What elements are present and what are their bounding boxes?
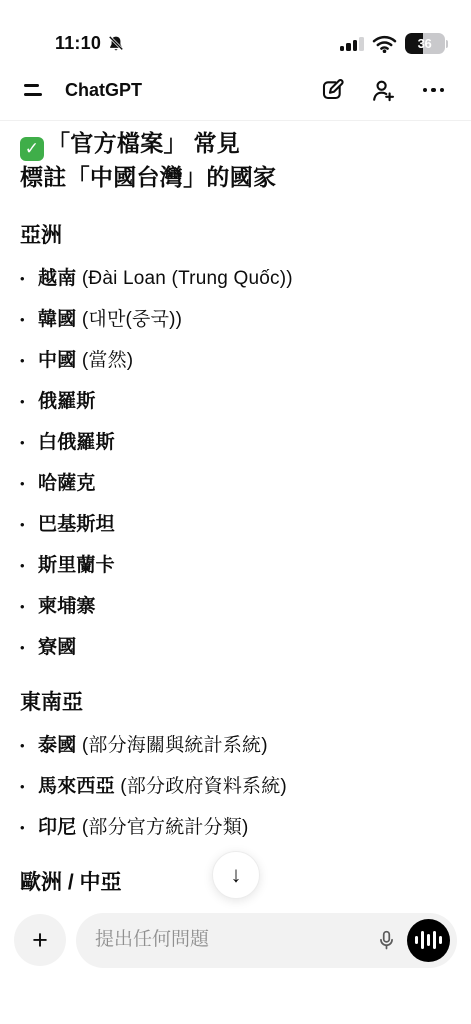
country-note: (Đài Loan (Trung Quốc)): [76, 265, 292, 292]
message-title-line2: 標註「中國台灣」的國家: [20, 164, 276, 190]
list-item: 印尼 (部分官方統計分類): [20, 814, 451, 841]
arrow-down-icon: ↓: [231, 862, 242, 888]
list-item: 柬埔寨: [20, 593, 451, 620]
country-note: (部分政府資料系統): [115, 773, 287, 800]
country-name: 泰國: [38, 732, 76, 759]
list-item: 巴基斯坦: [20, 511, 451, 538]
country-name: 柬埔寨: [38, 593, 96, 620]
clock: 11:10: [55, 33, 101, 54]
status-left: 11:10: [55, 33, 126, 54]
list-item: 哈薩克: [20, 470, 451, 497]
composer-bar: +: [0, 911, 471, 969]
list-item: 中國 (當然): [20, 347, 451, 374]
message-input[interactable]: [95, 929, 369, 951]
country-name: 俄羅斯: [38, 388, 96, 415]
check-mark-emoji-icon: ✓: [20, 137, 44, 161]
message-title: ✓「官方檔案」 常見 標註「中國台灣」的國家: [20, 127, 451, 194]
dictation-mic-icon[interactable]: [369, 923, 403, 957]
country-note: (當然): [76, 347, 133, 374]
message-title-line1: 「官方檔案」 常見: [47, 130, 240, 156]
country-name: 韓國: [38, 306, 76, 333]
new-chat-compose-icon[interactable]: [318, 77, 345, 104]
status-right: 36: [340, 33, 449, 54]
battery-icon: 36: [405, 33, 449, 54]
country-name: 白俄羅斯: [38, 429, 115, 456]
scroll-to-bottom-button[interactable]: ↓: [212, 851, 260, 899]
country-note: (部分官方統計分類): [76, 814, 248, 841]
status-bar: 11:10: [0, 0, 471, 60]
wifi-icon: [372, 35, 397, 53]
country-note: (部分海關與統計系統): [76, 732, 267, 759]
list-item: 韓國 (대만(중국)): [20, 306, 451, 333]
country-name: 巴基斯坦: [38, 511, 115, 538]
list-item: 俄羅斯: [20, 388, 451, 415]
country-name: 越南: [38, 265, 76, 292]
app-title: ChatGPT: [65, 80, 318, 101]
country-name: 寮國: [38, 634, 76, 661]
add-person-icon[interactable]: [369, 77, 396, 104]
battery-percent: 36: [418, 36, 432, 51]
list-item: 泰國 (部分海關與統計系統): [20, 732, 451, 759]
country-list: 泰國 (部分海關與統計系統)馬來西亞 (部分政府資料系統)印尼 (部分官方統計分…: [20, 732, 451, 841]
header-actions: [318, 77, 447, 104]
message-input-pill: [76, 913, 457, 968]
country-name: 印尼: [38, 814, 76, 841]
cellular-signal-icon: [340, 37, 364, 51]
country-name: 馬來西亞: [38, 773, 115, 800]
app-header: ChatGPT: [0, 60, 471, 121]
more-options-icon[interactable]: [420, 77, 447, 104]
country-note: (대만(중국)): [76, 306, 182, 333]
chatgpt-app-screen: 11:10: [0, 0, 471, 1024]
list-item: 馬來西亞 (部分政府資料系統): [20, 773, 451, 800]
country-name: 中國: [38, 347, 76, 374]
list-item: 寮國: [20, 634, 451, 661]
chat-message: ✓「官方檔案」 常見 標註「中國台灣」的國家 亞洲越南 (Đài Loan (T…: [0, 121, 471, 897]
country-list: 越南 (Đài Loan (Trung Quốc))韓國 (대만(중국))中國 …: [20, 265, 451, 661]
notifications-muted-icon: [106, 34, 126, 54]
country-name: 斯里蘭卡: [38, 552, 115, 579]
sidebar-menu-icon[interactable]: [24, 84, 44, 95]
section-heading: 亞洲: [20, 222, 451, 250]
section-heading: 東南亞: [20, 689, 451, 717]
list-item: 越南 (Đài Loan (Trung Quốc)): [20, 265, 451, 292]
attach-plus-button[interactable]: +: [14, 914, 66, 966]
voice-mode-button[interactable]: [407, 919, 450, 962]
list-item: 斯里蘭卡: [20, 552, 451, 579]
message-body: 亞洲越南 (Đài Loan (Trung Quốc))韓國 (대만(중국))中…: [20, 222, 451, 897]
country-name: 哈薩克: [38, 470, 96, 497]
list-item: 白俄羅斯: [20, 429, 451, 456]
